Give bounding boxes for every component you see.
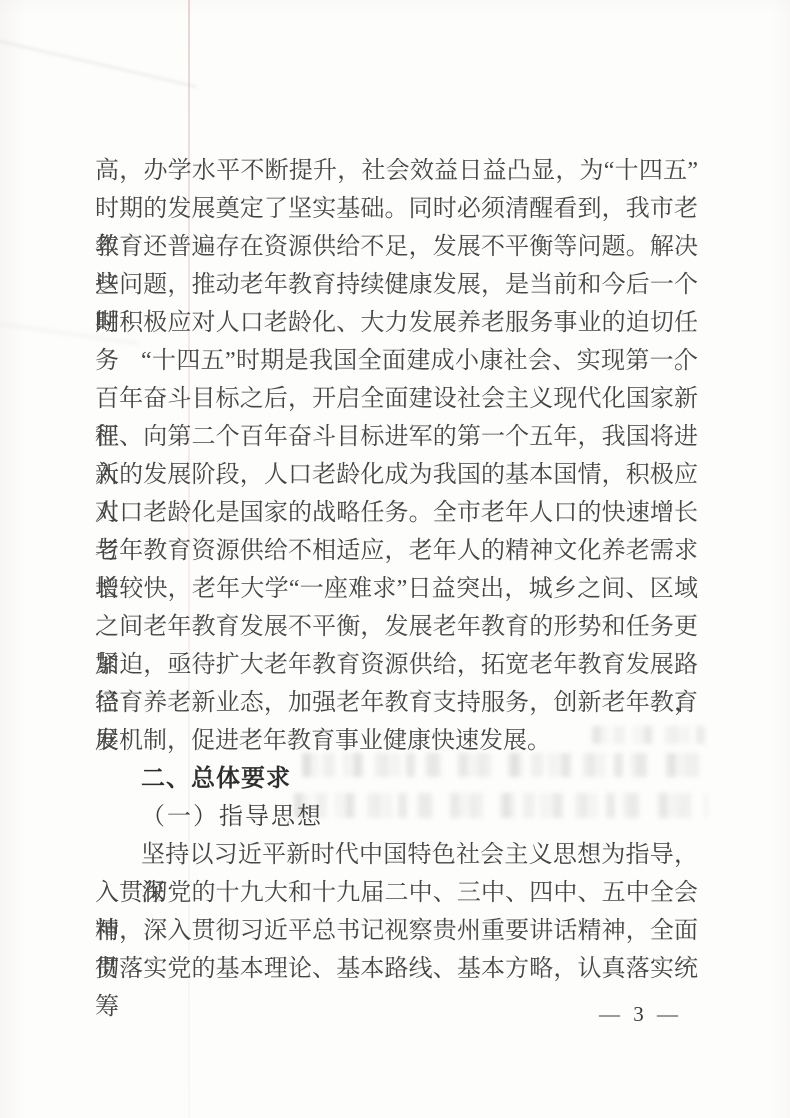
text-line: 时期的发展奠定了坚实基础。同时必须清醒看到，我市老年 bbox=[95, 190, 698, 228]
text-line: 期积极应对人口老龄化、大力发展养老服务事业的迫切任务。 bbox=[95, 304, 698, 342]
text-line: 紧迫，亟待扩大老年教育资源供给，拓宽老年教育发展路径， bbox=[95, 646, 698, 684]
text-line: 程、向第二个百年奋斗目标进军的第一个五年，我国将进入 bbox=[95, 418, 698, 456]
section-heading: 二、总体要求 bbox=[95, 760, 698, 798]
text-line: 新的发展阶段，人口老龄化成为我国的基本国情，积极应对 bbox=[95, 456, 698, 494]
text-line: 老年教育资源供给不相适应，老年人的精神文化养老需求增 bbox=[95, 532, 698, 570]
text-line: 长较快，老年大学“一座难求”日益突出，城乡之间、区域 bbox=[95, 570, 698, 608]
body-text: 高，办学水平不断提升，社会效益日益凸显，为“十四五” 时期的发展奠定了坚实基础。… bbox=[95, 152, 698, 988]
text-line: 之间老年教育发展不平衡，发展老年教育的形势和任务更加 bbox=[95, 608, 698, 646]
text-line: 教育还普遍存在资源供给不足，发展不平衡等问题。解决这 bbox=[95, 228, 698, 266]
text-line: 些问题，推动老年教育持续健康发展，是当前和今后一个时 bbox=[95, 266, 698, 304]
text-line: 入贯彻党的十九大和十九届二中、三中、四中、五中全会精 bbox=[95, 874, 698, 912]
scanned-document-page: 高，办学水平不断提升，社会效益日益凸显，为“十四五” 时期的发展奠定了坚实基础。… bbox=[0, 0, 790, 1118]
text-line: 高，办学水平不断提升，社会效益日益凸显，为“十四五” bbox=[95, 152, 698, 190]
text-line: 彻落实党的基本理论、基本路线、基本方略，认真落实统筹 bbox=[95, 950, 698, 988]
text-line: 神，深入贯彻习近平总书记视察贵州重要讲话精神，全面贯 bbox=[95, 912, 698, 950]
text-line: 坚持以习近平新时代中国特色社会主义思想为指导，深 bbox=[95, 836, 698, 874]
fold-crease-artifact bbox=[0, 34, 197, 88]
text-line: 人口老龄化是国家的战略任务。全市老年人口的快速增长与 bbox=[95, 494, 698, 532]
text-line: “十四五”时期是我国全面建成小康社会、实现第一个 bbox=[95, 342, 698, 380]
text-line: 培育养老新业态，加强老年教育支持服务，创新老年教育发 bbox=[95, 684, 698, 722]
text-line: 展机制，促进老年教育事业健康快速发展。 bbox=[95, 722, 698, 760]
subsection-heading: （一）指导思想 bbox=[95, 798, 698, 836]
page-number: — 3 — bbox=[599, 1002, 682, 1027]
text-line: 百年奋斗目标之后，开启全面建设社会主义现代化国家新征 bbox=[95, 380, 698, 418]
